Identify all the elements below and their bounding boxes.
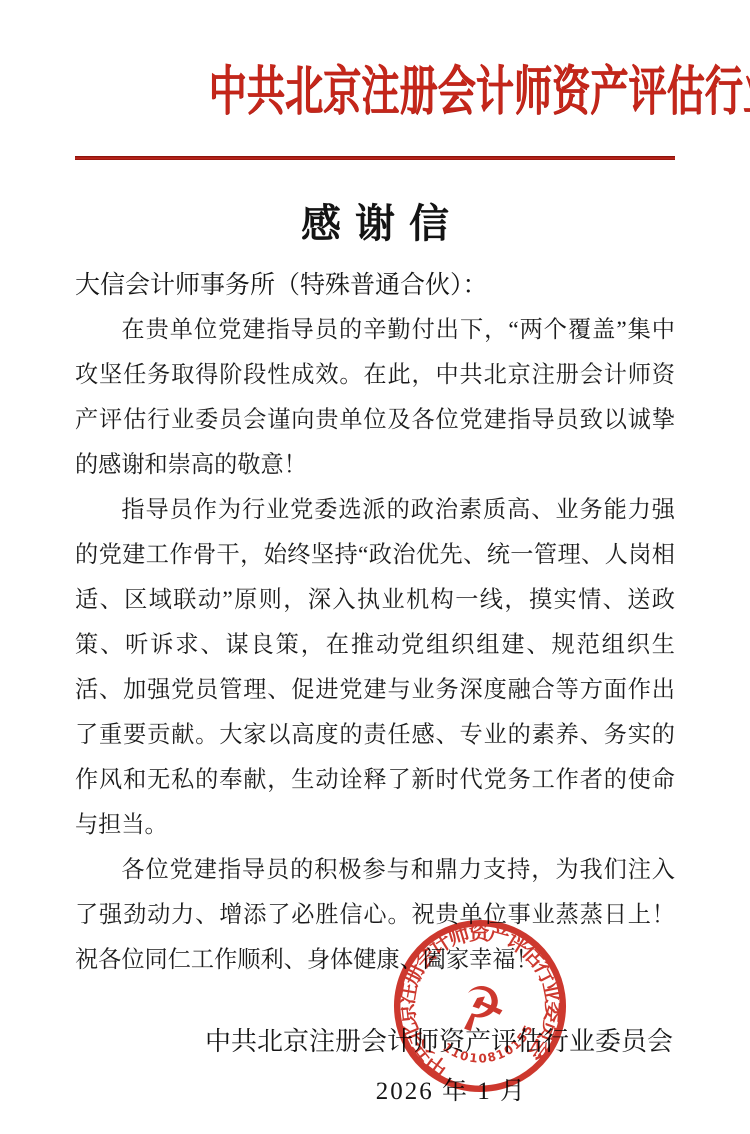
scanned-letter-page: { "letterhead": { "org_name": "中共北京注册会计师…: [0, 0, 750, 1134]
letterhead-org-name: 中共北京注册会计师资产评估行业委员会: [209, 64, 750, 120]
letter-document: 中共北京注册会计师资产评估行业委员会 感谢信 大信会计师事务所（特殊普通合伙）：…: [0, 0, 750, 1134]
paragraph-2: 指导员作为行业党委选派的政治素质高、业务能力强的党建工作骨干，始终坚持“政治优先…: [75, 488, 675, 848]
letter-body: 在贵单位党建指导员的辛勤付出下，“两个覆盖”集中攻坚任务取得阶段性成效。在此，中…: [75, 308, 675, 983]
paragraph-1: 在贵单位党建指导员的辛勤付出下，“两个覆盖”集中攻坚任务取得阶段性成效。在此，中…: [75, 308, 675, 488]
salutation-recipient: 大信会计师事务所（特殊普通合伙）：: [75, 271, 675, 301]
letterhead-divider-line: [75, 156, 675, 160]
letter-date: 2026 年 1 月: [75, 1078, 675, 1106]
letter-title: 感谢信: [75, 204, 675, 244]
letterhead: 中共北京注册会计师资产评估行业委员会: [75, 0, 675, 120]
paragraph-3: 各位党建指导员的积极参与和鼎力支持，为我们注入了强劲动力、增添了必胜信心。祝贵单…: [75, 848, 675, 983]
signature-org-name: 中共北京注册会计师资产评估行业委员会: [75, 1028, 675, 1057]
